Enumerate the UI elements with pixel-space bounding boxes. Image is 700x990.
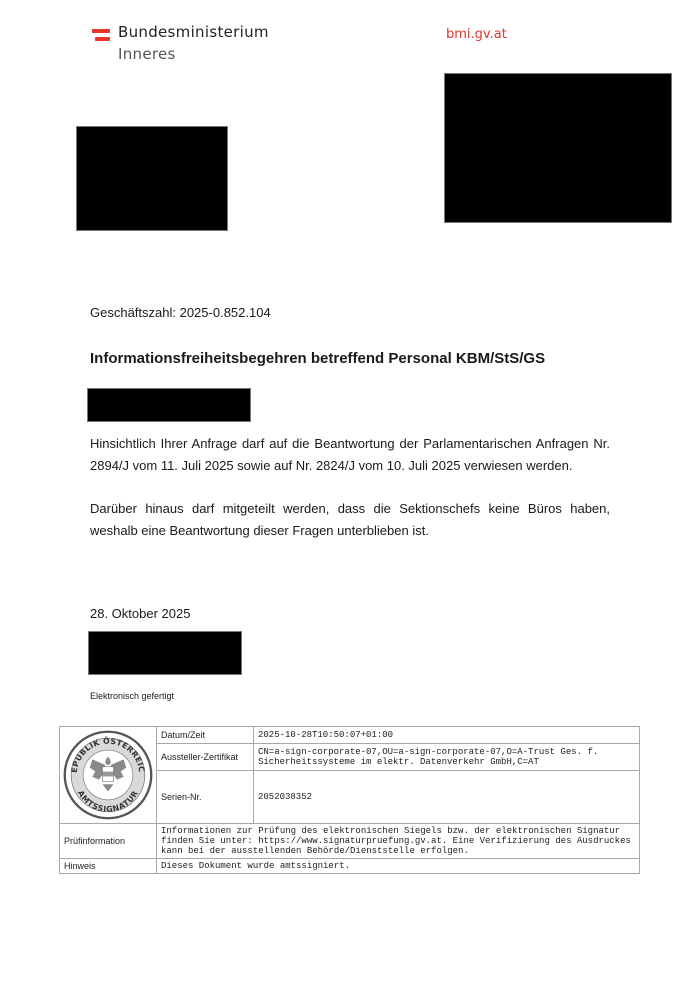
value-datum-zeit: 2025-10-28T10:50:07+01:00	[254, 727, 640, 744]
subject-heading: Informationsfreiheitsbegehren betreffend…	[90, 350, 545, 367]
value-serien-nr: 2052038352	[254, 771, 640, 824]
reference-number: Geschäftszahl: 2025-0.852.104	[90, 305, 271, 320]
table-row: Hinweis Dieses Dokument wurde amtssignie…	[60, 859, 640, 874]
website-link[interactable]: bmi.gv.at	[446, 27, 507, 42]
seal-cell: REPUBLIK ÖSTERREICH AMTSSIGNATUR	[60, 727, 157, 824]
label-pruefinformation: Prüfinformation	[60, 824, 157, 859]
label-aussteller-zertifikat: Aussteller-Zertifikat	[157, 744, 254, 771]
redacted-recipient-address	[76, 126, 228, 231]
austrian-flag-bars-icon	[92, 29, 110, 43]
document-date: 28. Oktober 2025	[90, 606, 190, 621]
value-pruefinformation: Informationen zur Prüfung des elektronis…	[157, 824, 640, 859]
electronic-signature-note: Elektronisch gefertigt	[90, 691, 174, 701]
label-serien-nr: Serien-Nr.	[157, 771, 254, 824]
redacted-salutation	[87, 388, 251, 422]
official-signature-table: REPUBLIK ÖSTERREICH AMTSSIGNATUR Datum/Z…	[59, 726, 640, 874]
austrian-eagle-seal-icon: REPUBLIK ÖSTERREICH AMTSSIGNATUR	[62, 729, 154, 821]
org-name-line2: Inneres	[118, 45, 176, 63]
label-datum-zeit: Datum/Zeit	[157, 727, 254, 744]
value-aussteller-zertifikat: CN=a-sign-corporate-07,OU=a-sign-corpora…	[254, 744, 640, 771]
redacted-sender-block	[444, 73, 672, 223]
org-name-line1: Bundesministerium	[118, 23, 269, 41]
value-hinweis: Dieses Dokument wurde amtssigniert.	[157, 859, 640, 874]
redacted-signatory	[88, 631, 242, 675]
table-row: Prüfinformation Informationen zur Prüfun…	[60, 824, 640, 859]
paragraph-1: Hinsichtlich Ihrer Anfrage darf auf die …	[90, 433, 610, 477]
label-hinweis: Hinweis	[60, 859, 157, 874]
paragraph-2: Darüber hinaus darf mitgeteilt werden, d…	[90, 498, 610, 542]
table-row: REPUBLIK ÖSTERREICH AMTSSIGNATUR Datum/Z…	[60, 727, 640, 744]
